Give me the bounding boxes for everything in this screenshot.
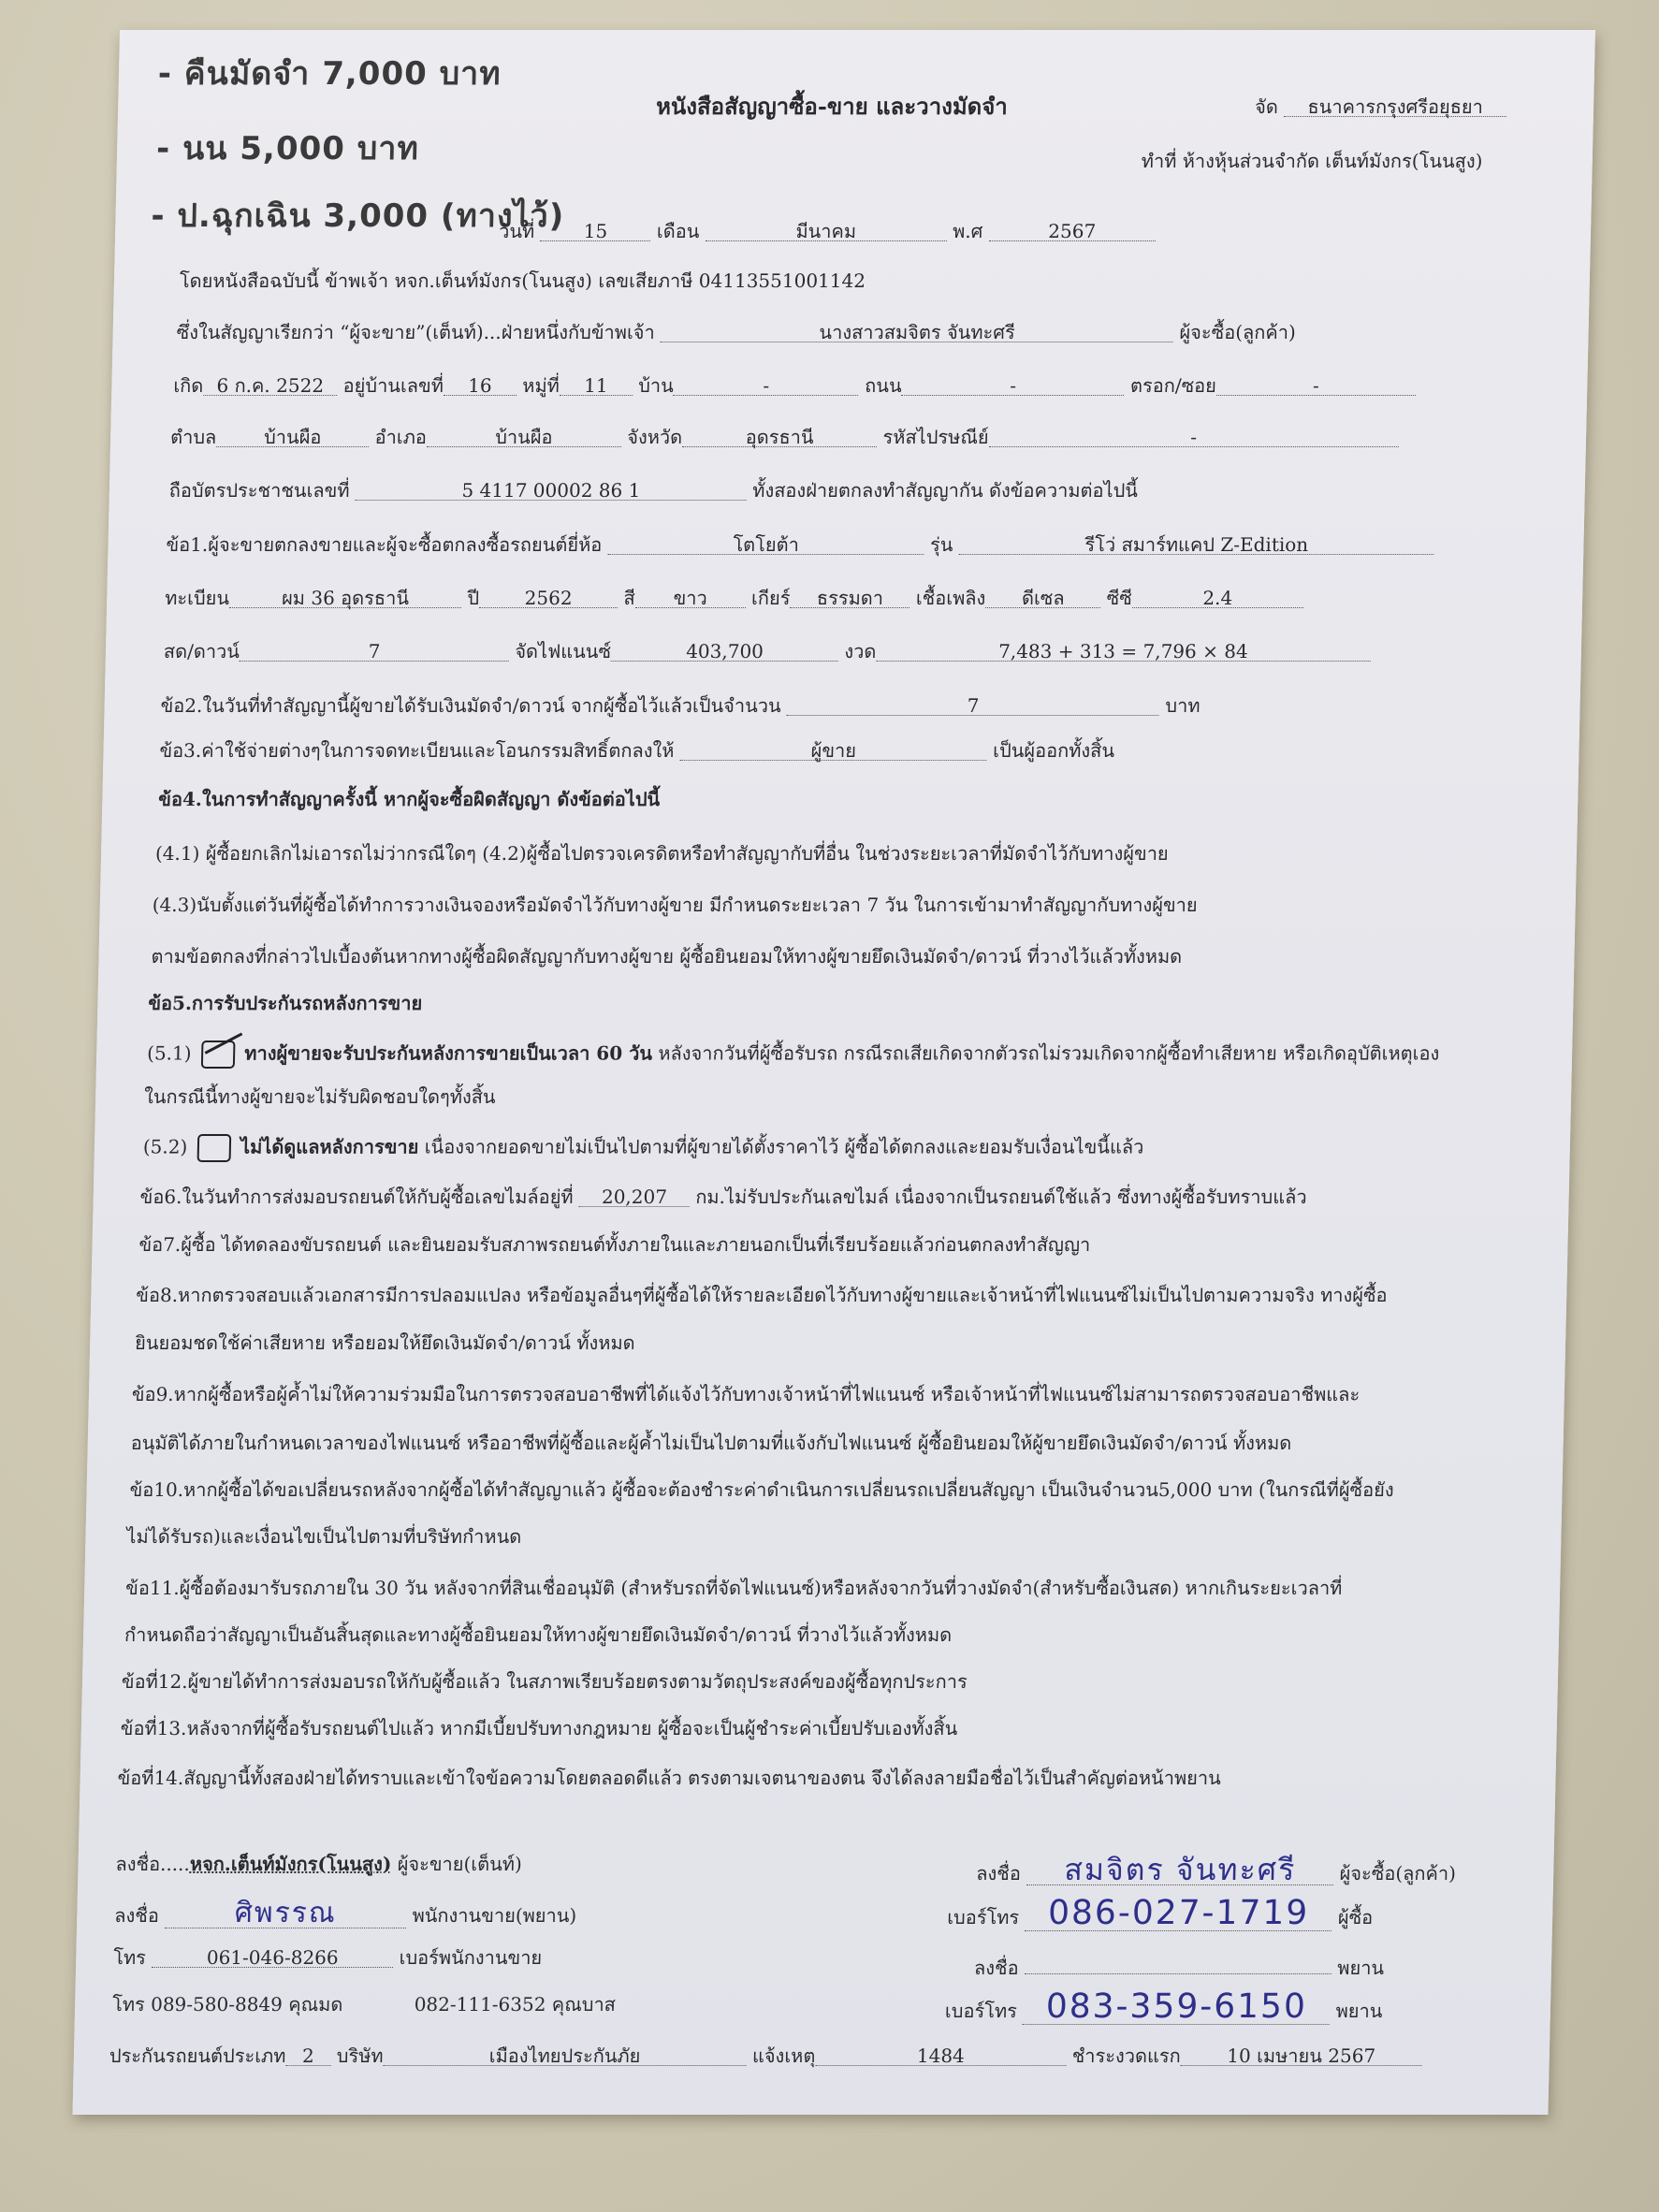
salesperson-signature-row: ลงชื่อ ศิพรรณ พนักงานขาย(พยาน) (114, 1899, 577, 1928)
phone-label: โทร (113, 1946, 146, 1969)
clause-4-3-line2: ตามข้อตกลงที่กล่าวไปเบื้องต้นหากทางผู้ซื… (151, 947, 1182, 966)
handwritten-note-deposit-refund: - คืนมัดจำ 7,000 บาท (158, 58, 502, 90)
clause-5-1-number: (5.1) (147, 1042, 192, 1065)
first-payment-label: ชำระงวดแรก (1071, 2045, 1181, 2067)
contacts-row: โทร 089-580-8849 คุณมด 082-111-6352 คุณบ… (112, 1995, 616, 2014)
seller-signature-row: ลงชื่อ.....หจก.เต็นท์มังกร(โนนสูง) ผู้จะ… (115, 1855, 522, 1873)
clause-6-suffix: กม.ไม่รับประกันเลขไมล์ เนื่องจากเป็นรถยน… (695, 1186, 1307, 1208)
clause-5-2: (5.2) ไม่ได้ดูแลหลังการขาย เนื่องจากยอดข… (143, 1134, 1144, 1162)
document-title: หนังสือสัญญาซื้อ-ขาย และวางมัดจำ (656, 95, 1008, 118)
clause-2-text: ข้อ2.ในวันที่ทำสัญญานี้ผู้ขายได้รับเงินม… (160, 694, 781, 717)
clause-6-text: ข้อ6.ในวันทำการส่งมอบรถยนต์ให้กับผู้ซื้อ… (139, 1186, 573, 1208)
model-label: รุ่น (930, 533, 953, 556)
clause-1-label: ข้อ1.ผู้จะขายตกลงขายและผู้จะซื้อตกลงซื้อ… (166, 533, 602, 556)
checkbox-warranty-60-days[interactable] (201, 1041, 236, 1069)
clause-5-2-bold: ไม่ได้ดูแลหลังการขาย (240, 1136, 419, 1158)
soi: - (1216, 376, 1416, 396)
insurance-type-label: ประกันรถยนต์ประเภท (109, 2045, 286, 2067)
first-payment-date: 10 เมษายน 2567 (1180, 2046, 1421, 2066)
witness-phone[interactable]: 083-359-6150 (1023, 1990, 1331, 2025)
id-value: 5 4117 00002 86 1 (356, 481, 747, 501)
contact-bas: 082-111-6352 คุณบาส (414, 1993, 616, 2016)
buyer-role: ผู้จะซื้อ(ลูกค้า) (1179, 321, 1296, 343)
plate: ผม 36 อุดรธานี (229, 589, 461, 608)
road: - (901, 376, 1124, 396)
clause-5-1: (5.1) ทางผู้ขายจะรับประกันหลังการขายเป็น… (147, 1041, 1440, 1069)
address-row-2: ตำบลบ้านผือ อำเภอบ้านผือ จังหวัดอุดรธานี… (170, 428, 1399, 447)
road-label: ถนน (865, 374, 902, 397)
vehicle-year-label: ปี (467, 587, 479, 609)
vehicle-brand: โตโยต้า (607, 535, 924, 555)
insurance-row: ประกันรถยนต์ประเภท2 บริษัทเมืองไทยประกัน… (109, 2046, 1422, 2066)
house-no: 16 (444, 376, 517, 396)
witness-signature-row: ลงชื่อ พยาน (974, 1953, 1385, 1977)
year-value: 2567 (989, 222, 1156, 241)
witness-phone-row: เบอร์โทร 083-359-6150 พยาน (945, 1990, 1383, 2025)
finance-label: จัด (1255, 95, 1278, 118)
clause-13: ข้อที่13.หลังจากที่ผู้ซื้อรับรถยนต์ไปแล้… (121, 1719, 958, 1738)
gear: ธรรมดา (790, 589, 910, 608)
buyer-phone[interactable]: 086-027-1719 (1025, 1897, 1332, 1931)
contract-content: - คืนมัดจำ 7,000 บาท - นน 5,000 บาท - ป.… (72, 30, 1595, 2115)
born-label: เกิด (173, 374, 203, 397)
salesperson-phone-label: เบอร์พนักงานขาย (399, 1946, 542, 1969)
finance-details-row: สด/ดาวน์7 จัดไฟแนนซ์403,700 งวด7,483 + 3… (164, 642, 1371, 662)
clause-11-line2: กำหนดถือว่าสัญญาเป็นอันสิ้นสุดและทางผู้ซ… (124, 1625, 953, 1644)
amphoe: บ้านผือ (427, 428, 621, 447)
tambon-label: ตำบล (170, 426, 217, 448)
village-label: บ้าน (638, 374, 674, 397)
clause-5-1-line2: ในกรณีนี้ทางผู้ขายจะไม่รับผิดชอบใดๆทั้งส… (144, 1087, 496, 1106)
salesperson-phone-row: โทร 061-046-8266 เบอร์พนักงานขาย (113, 1948, 542, 1968)
province-label: จังหวัด (627, 426, 682, 448)
buyer-name: นางสาวสมจิตร จันทะศรี (661, 323, 1173, 342)
witness-sign-label: ลงชื่อ (974, 1957, 1019, 1979)
cc-label: ซีซี (1106, 587, 1132, 609)
clause-6: ข้อ6.ในวันทำการส่งมอบรถยนต์ให้กับผู้ซื้อ… (139, 1187, 1306, 1207)
moo-label: หมู่ที่ (522, 374, 560, 397)
clause-14: ข้อที่14.สัญญานี้ทั้งสองฝ่ายได้ทราบและเข… (117, 1768, 1221, 1787)
clause-12: ข้อที่12.ผู้ขายได้ทำการส่งมอบรถให้กับผู้… (122, 1672, 968, 1691)
village: - (674, 376, 859, 396)
buyer-signature-row: ลงชื่อ สมจิตร จันทะศรี ผู้จะซื้อ(ลูกค้า) (976, 1855, 1456, 1885)
claim-label: แจ้งเหตุ (752, 2045, 816, 2067)
province: อุดรธานี (682, 428, 877, 447)
clause-3: ข้อ3.ค่าใช้จ่ายต่างๆในการจดทะเบียนและโอน… (159, 741, 1114, 761)
clause-10-line1: ข้อ10.หากผู้ซื้อได้ขอเปลี่ยนรถหลังจากผู้… (129, 1480, 1394, 1499)
contract-paper: - คืนมัดจำ 7,000 บาท - นน 5,000 บาท - ป.… (72, 30, 1595, 2115)
salesperson-sign-label: ลงชื่อ (114, 1904, 159, 1927)
salesperson-role: พนักงานขาย(พยาน) (412, 1904, 576, 1927)
mileage: 20,207 (579, 1187, 690, 1207)
date-day: 15 (540, 222, 650, 241)
fuel: ดีเซล (985, 589, 1100, 608)
clause-3-text: ข้อ3.ค่าใช้จ่ายต่างๆในการจดทะเบียนและโอน… (159, 739, 674, 762)
installment: 7,483 + 313 = 7,796 × 84 (876, 642, 1370, 662)
clause-3-suffix: เป็นผู้ออกทั้งสิ้น (993, 739, 1114, 762)
down-label: สด/ดาวน์ (164, 640, 240, 662)
clause-5-title: ข้อ5.การรับประกันรถหลังการขาย (148, 994, 422, 1012)
finance-row: จัด ธนาคารกรุงศรีอยุธยา (1255, 97, 1507, 117)
made-at: ทำที่ ห้างหุ้นส่วนจำกัด เต็นท์มังกร(โนนส… (1142, 152, 1483, 170)
clause-2: ข้อ2.ในวันที่ทำสัญญานี้ผู้ขายได้รับเงินม… (160, 696, 1200, 716)
month-value: มีนาคม (706, 222, 947, 241)
buyer-phone-row: เบอร์โทร 086-027-1719 ผู้ซื้อ (947, 1897, 1374, 1931)
finance-amount-label: จัดไฟแนนซ์ (515, 640, 611, 662)
buyer-signature[interactable]: สมจิตร จันทะศรี (1026, 1855, 1334, 1885)
clause-4-1: (4.1) ผู้ซื้อยกเลิกไม่เอารถไม่ว่ากรณีใดๆ… (155, 844, 1169, 863)
clause-11-line1: ข้อ11.ผู้ซื้อต้องมารับรถภายใน 30 วัน หลั… (125, 1579, 1343, 1597)
seller-name: หจก.เต็นท์มังกร(โนนสูง) (190, 1853, 392, 1875)
witness-signature[interactable] (1025, 1953, 1332, 1974)
plate-label: ทะเบียน (165, 587, 229, 609)
buyer-phone-label: เบอร์โทร (947, 1906, 1019, 1928)
installment-label: งวด (844, 640, 877, 662)
cc: 2.4 (1132, 589, 1303, 608)
vehicle-color: ขาว (634, 589, 745, 608)
claim-number: 1484 (815, 2046, 1066, 2066)
postcode-label: รหัสไปรษณีย์ (882, 426, 989, 448)
address-row-1: เกิด6 ก.ค. 2522 อยู่บ้านเลขที่16 หมู่ที่… (173, 376, 1416, 396)
clause-2-unit: บาท (1165, 694, 1201, 717)
buyer-phone-role: ผู้ซื้อ (1338, 1906, 1374, 1928)
clause-9-line2: อนุมัติได้ภายในกำหนดเวลาของไฟแนนซ์ หรืออ… (131, 1433, 1292, 1452)
gear-label: เกียร์ (751, 587, 791, 609)
postcode: - (988, 428, 1398, 447)
clause-5-1-rest: หลังจากวันที่ผู้ซื้อรับรถ กรณีรถเสียเกิด… (652, 1042, 1440, 1065)
finance-amount: 403,700 (611, 642, 838, 662)
vehicle-details-row: ทะเบียนผม 36 อุดรธานี ปี2562 สีขาว เกียร… (165, 589, 1303, 608)
buyer-signature-role: ผู้จะซื้อ(ลูกค้า) (1339, 1862, 1456, 1885)
born-value: 6 ก.ค. 2522 (203, 376, 337, 396)
clause-3-value: ผู้ขาย (680, 741, 987, 761)
clause-5-1-bold: ทางผู้ขายจะรับประกันหลังการขายเป็นเวลา 6… (244, 1042, 652, 1065)
insurance-type: 2 (285, 2046, 330, 2066)
finance-value: ธนาคารกรุงศรีอยุธยา (1284, 97, 1506, 117)
salesperson-signature[interactable]: ศิพรรณ (165, 1899, 407, 1928)
date-label: วันที่ (499, 220, 535, 242)
witness-phone-role: พยาน (1335, 2000, 1382, 2022)
clause-8-line2: ยินยอมชดใช้ค่าเสียหาย หรือยอมให้ยึดเงินม… (135, 1333, 635, 1352)
month-label: เดือน (657, 220, 700, 242)
date-row: วันที่ 15 เดือน มีนาคม พ.ศ 2567 (499, 222, 1156, 241)
witness-phone-label: เบอร์โทร (945, 2000, 1017, 2022)
id-row: ถือบัตรประชาชนเลขที่ 5 4117 00002 86 1 ท… (169, 481, 1139, 501)
house-no-label: อยู่บ้านเลขที่ (342, 374, 444, 397)
checkbox-no-after-sales[interactable] (196, 1134, 231, 1162)
seller-phrase: ซึ่งในสัญญาเรียกว่า “ผู้จะขาย”(เต็นท์)..… (176, 321, 655, 343)
witness-role: พยาน (1337, 1957, 1384, 1979)
clause-1-row: ข้อ1.ผู้จะขายตกลงขายและผู้จะซื้อตกลงซื้อ… (166, 535, 1434, 555)
down-payment: 7 (240, 642, 509, 662)
amphoe-label: อำเภอ (374, 426, 427, 448)
clause-7: ข้อ7.ผู้ซื้อ ได้ทดลองขับรถยนต์ และยินยอม… (138, 1235, 1090, 1254)
clause-9-line1: ข้อ9.หากผู้ซื้อหรือผู้ค้ำไม่ให้ความร่วมม… (132, 1385, 1361, 1404)
clause-5-2-number: (5.2) (143, 1136, 188, 1158)
intro-line: โดยหนังสือฉบับนี้ ข้าพเจ้า หจก.เต็นท์มัง… (180, 271, 866, 290)
fuel-label: เชื้อเพลิง (916, 587, 986, 609)
year-label: พ.ศ (953, 220, 983, 242)
clause-2-amount: 7 (787, 696, 1159, 716)
insurance-company: เมืองไทยประกันภัย (383, 2046, 746, 2066)
handwritten-note-amount: - นน 5,000 บาท (156, 133, 420, 165)
soi-label: ตรอก/ซอย (1130, 374, 1216, 397)
color-label: สี (623, 587, 635, 609)
clause-5-2-rest: เนื่องจากยอดขายไม่เป็นไปตามที่ผู้ขายได้ต… (418, 1136, 1144, 1158)
clause-4-title: ข้อ4.ในการทำสัญญาครั้งนี้ หากผู้จะซื้อผิ… (158, 790, 660, 808)
seller-role: ผู้จะขาย(เต็นท์) (397, 1853, 522, 1875)
insurance-company-label: บริษัท (337, 2045, 384, 2067)
seller-sign-label: ลงชื่อ..... (115, 1853, 190, 1875)
vehicle-model: รีโว่ สมาร์ทแคป Z-Edition (959, 535, 1434, 555)
buyer-row: ซึ่งในสัญญาเรียกว่า “ผู้จะขาย”(เต็นท์)..… (176, 323, 1296, 342)
salesperson-phone: 061-046-8266 (152, 1948, 393, 1968)
vehicle-year: 2562 (479, 589, 618, 608)
id-label: ถือบัตรประชาชนเลขที่ (169, 479, 350, 502)
id-suffix: ทั้งสองฝ่ายตกลงทำสัญญากัน ดังข้อความต่อไ… (752, 479, 1138, 502)
moo: 11 (560, 376, 633, 396)
tambon: บ้านผือ (216, 428, 369, 447)
clause-10-line2: ไม่ได้รับรถ)และเงื่อนไขเป็นไปตามที่บริษั… (126, 1527, 521, 1546)
clause-8-line1: ข้อ8.หากตรวจสอบแล้วเอกสารมีการปลอมแปลง ห… (136, 1286, 1388, 1304)
buyer-sign-label: ลงชื่อ (976, 1862, 1021, 1885)
contact-mod: โทร 089-580-8849 คุณมด (112, 1993, 343, 2016)
clause-4-3-line1: (4.3)นับตั้งแต่วันที่ผู้ซื้อได้ทำการวางเ… (153, 895, 1198, 914)
